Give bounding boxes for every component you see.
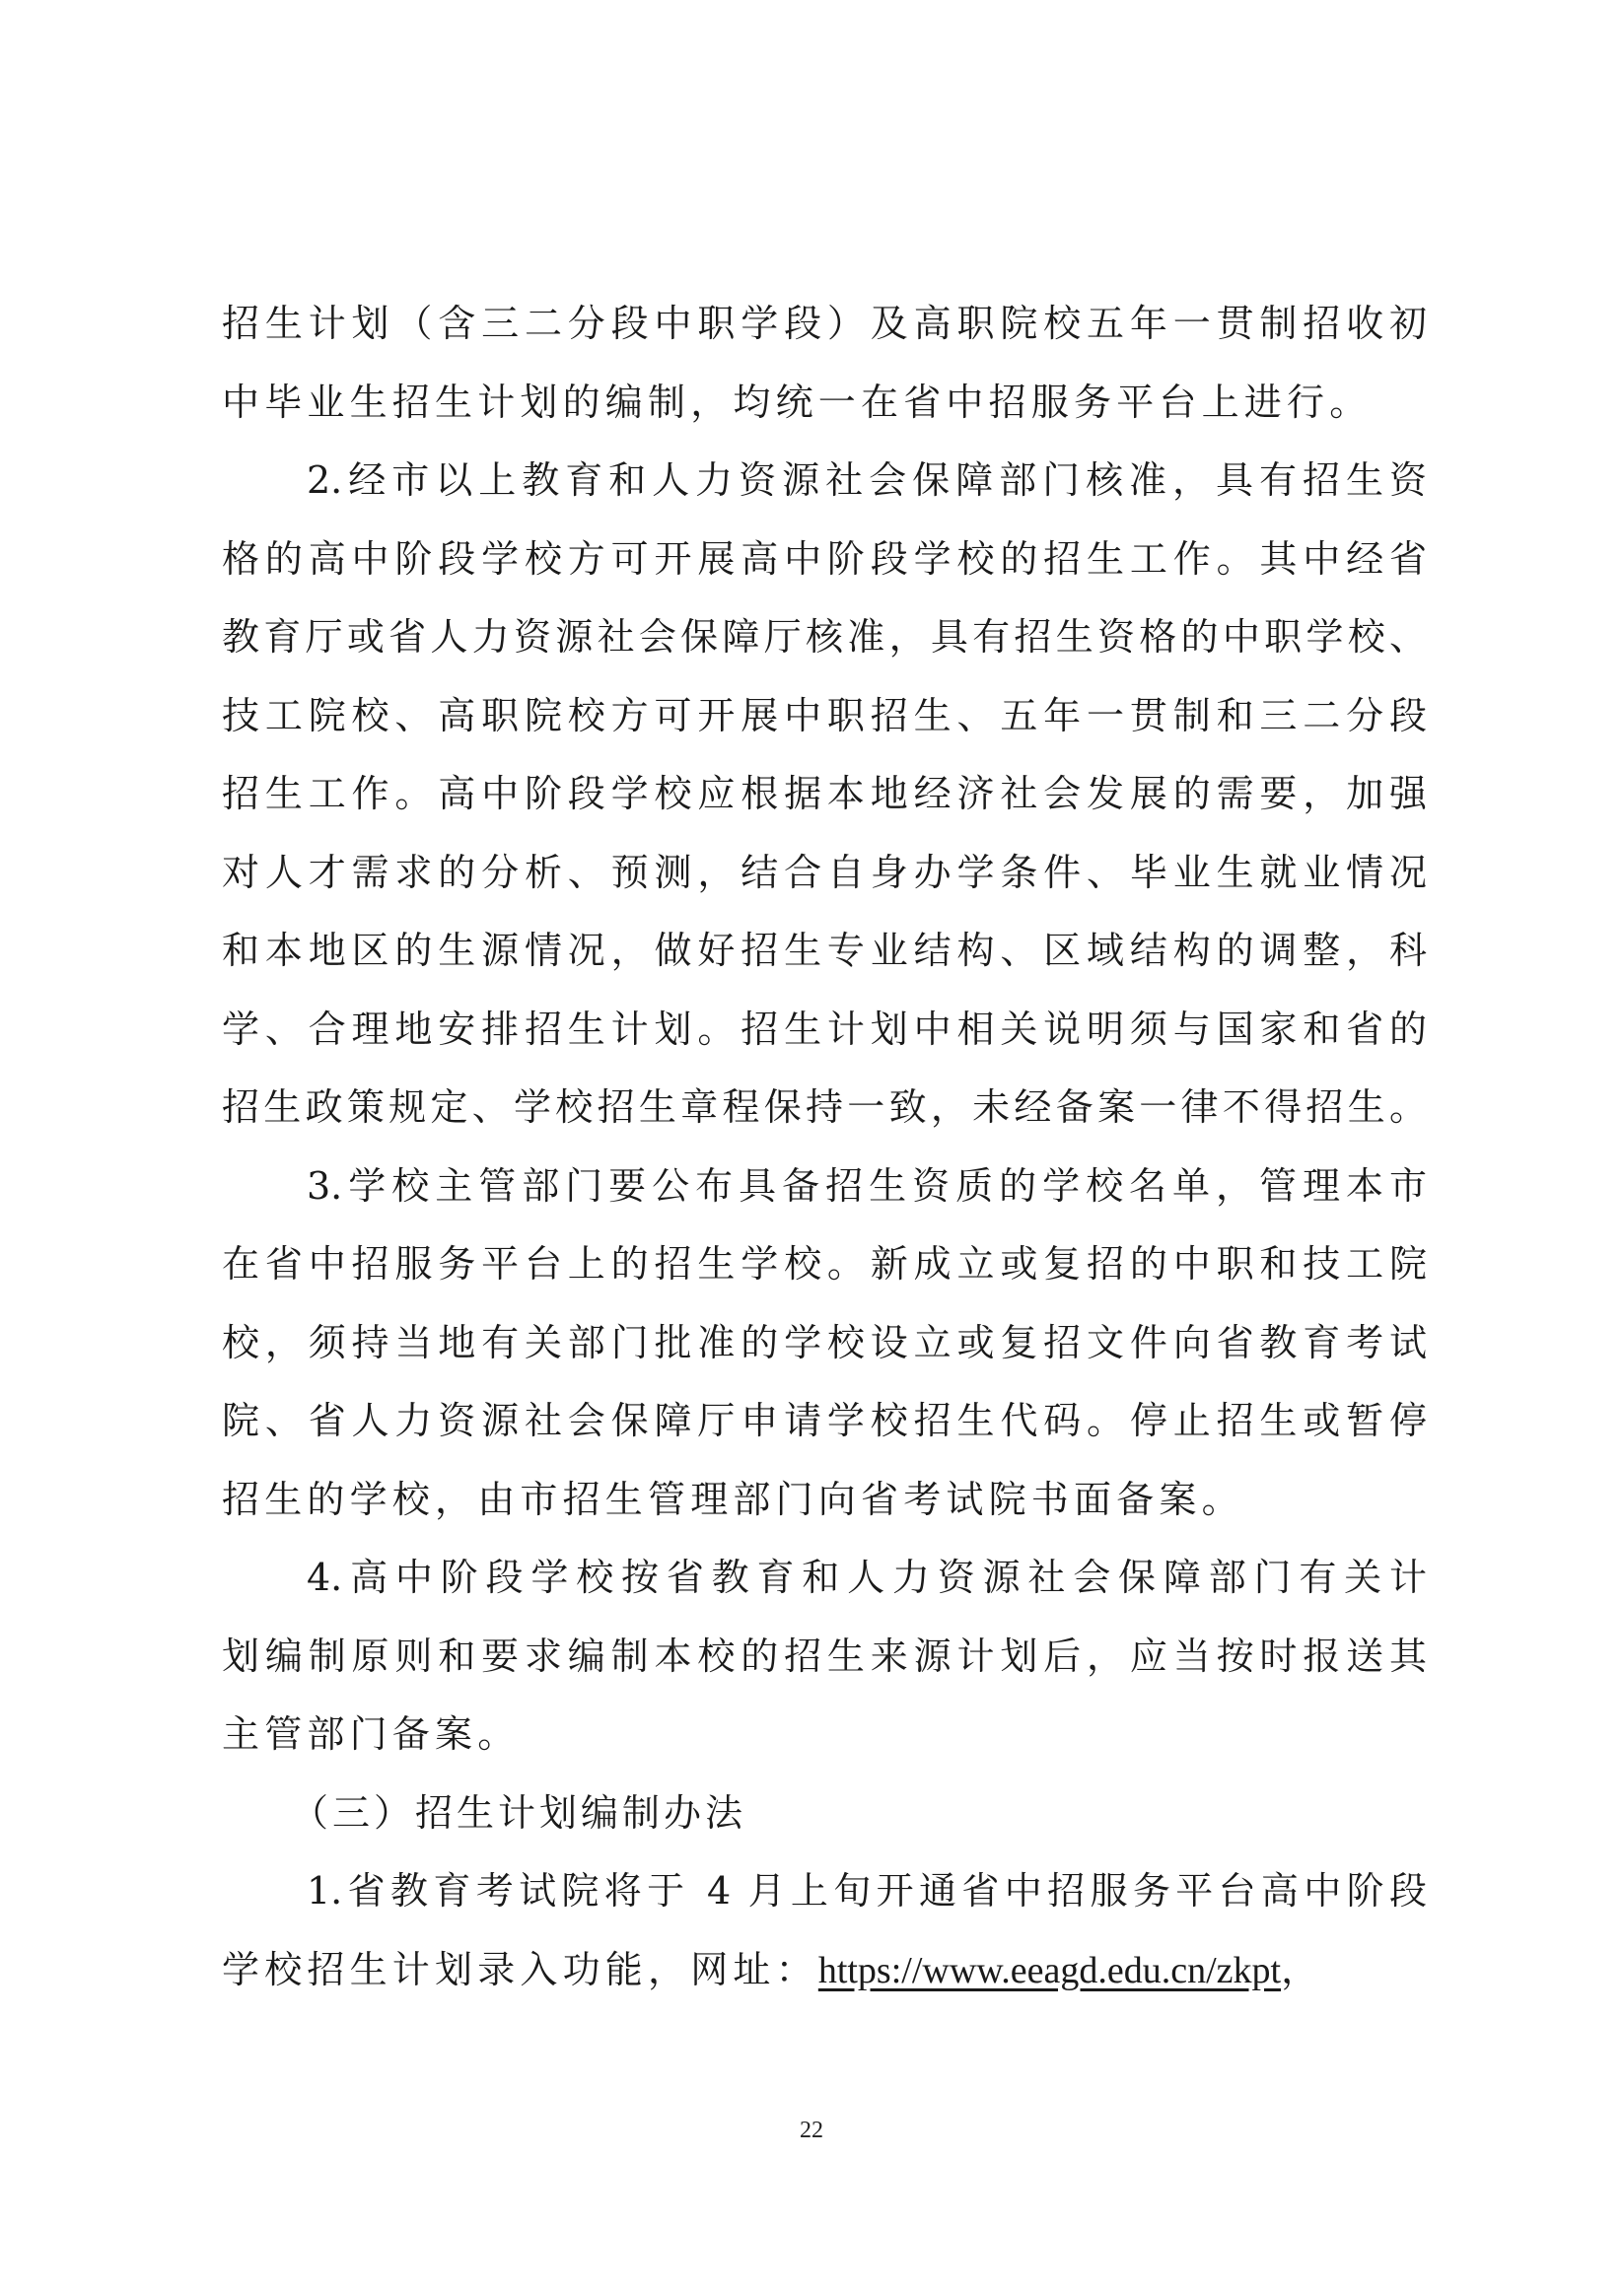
paragraph-line: 中毕业生招生计划的编制，均统一在省中招服务平台上进行。	[222, 375, 1427, 453]
url-label: 学校招生计划录入功能，网址：	[222, 1948, 818, 1991]
paragraph-line: 格的高中阶段学校方可开展高中阶段学校的招生工作。其中经省	[222, 531, 1427, 610]
paragraph-3-line: 3.学校主管部门要公布具备招生资质的学校名单，管理本市	[222, 1158, 1427, 1237]
page-number: 22	[0, 2118, 1623, 2144]
paragraph-line: 校，须持当地有关部门批准的学校设立或复招文件向省教育考试	[222, 1315, 1427, 1394]
trailing-punctuation: ，	[1281, 1948, 1323, 1991]
paragraph-line: 招生政策规定、学校招生章程保持一致，未经备案一律不得招生。	[222, 1079, 1427, 1158]
paragraph-line: 招生计划（含三二分段中职学段）及高职院校五年一贯制招收初	[222, 296, 1427, 375]
paragraph-line: 院、省人力资源社会保障厅申请学校招生代码。停止招生或暂停	[222, 1393, 1427, 1472]
paragraph-2-line: 2.经市以上教育和人力资源社会保障部门核准，具有招生资	[222, 452, 1427, 531]
paragraph-line: 主管部门备案。	[222, 1706, 1427, 1785]
platform-url-link[interactable]: https://www.eeagd.edu.cn/zkpt	[818, 1950, 1281, 1991]
paragraph-5-line: 1.省教育考试院将于 4 月上旬开通省中招服务平台高中阶段	[222, 1863, 1427, 1942]
paragraph-line: 和本地区的生源情况，做好招生专业结构、区域结构的调整，科	[222, 923, 1427, 1002]
paragraph-line: 技工院校、高职院校方可开展中职招生、五年一贯制和三二分段	[222, 688, 1427, 767]
paragraph-line: 教育厅或省人力资源社会保障厅核准，具有招生资格的中职学校、	[222, 609, 1427, 688]
section-heading: （三）招生计划编制办法	[222, 1785, 1427, 1864]
paragraph-line: 招生的学校，由市招生管理部门向省考试院书面备案。	[222, 1472, 1427, 1551]
paragraph-line: 对人才需求的分析、预测，结合自身办学条件、毕业生就业情况	[222, 845, 1427, 924]
paragraph-line: 学校招生计划录入功能，网址：https://www.eeagd.edu.cn/z…	[222, 1942, 1427, 2021]
paragraph-4-line: 4.高中阶段学校按省教育和人力资源社会保障部门有关计	[222, 1550, 1427, 1629]
document-body: 招生计划（含三二分段中职学段）及高职院校五年一贯制招收初 中毕业生招生计划的编制…	[222, 296, 1427, 2020]
paragraph-line: 划编制原则和要求编制本校的招生来源计划后，应当按时报送其	[222, 1629, 1427, 1707]
paragraph-line: 招生工作。高中阶段学校应根据本地经济社会发展的需要，加强	[222, 766, 1427, 845]
paragraph-line: 在省中招服务平台上的招生学校。新成立或复招的中职和技工院	[222, 1236, 1427, 1315]
document-page: 招生计划（含三二分段中职学段）及高职院校五年一贯制招收初 中毕业生招生计划的编制…	[0, 0, 1623, 2296]
paragraph-line: 学、合理地安排招生计划。招生计划中相关说明须与国家和省的	[222, 1002, 1427, 1080]
